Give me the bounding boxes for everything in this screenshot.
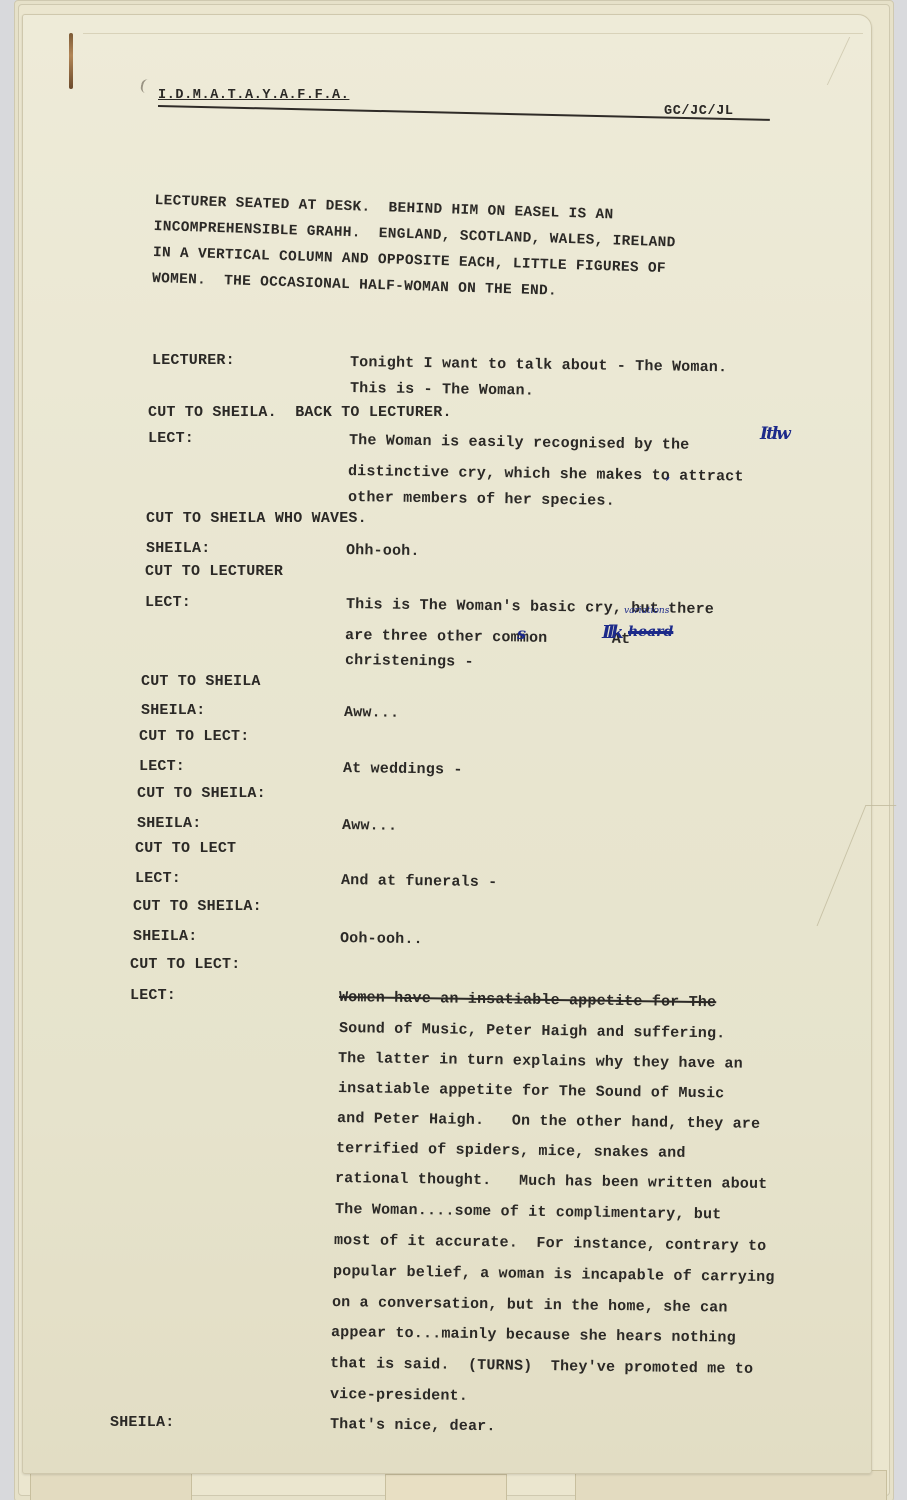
speaker-cue: SHEILA: bbox=[137, 815, 201, 832]
speaker-cue: CUT TO LECT bbox=[135, 840, 236, 857]
dialogue-line: At weddings - bbox=[343, 760, 463, 779]
speaker-cue: LECT: bbox=[145, 594, 191, 611]
dialogue-line: christenings - bbox=[345, 652, 474, 671]
speaker-cue: CUT TO SHEILA WHO WAVES. bbox=[146, 510, 367, 527]
speaker-cue: SHEILA: bbox=[110, 1414, 174, 1431]
speaker-cue: CUT TO LECT: bbox=[130, 956, 240, 973]
struck-word: heard bbox=[628, 624, 673, 640]
paper-edge bbox=[575, 1470, 887, 1500]
handwritten-scribble: Itlw bbox=[760, 424, 789, 444]
speaker-cue: LECT: bbox=[135, 870, 181, 887]
speaker-cue: LECT: bbox=[148, 430, 194, 447]
speaker-cue: CUT TO LECT: bbox=[139, 728, 249, 745]
speaker-cue: CUT TO SHEILA bbox=[141, 673, 261, 690]
speaker-cue: SHEILA: bbox=[133, 928, 197, 945]
speaker-cue: LECT: bbox=[130, 987, 176, 1004]
dialogue-line: Ooh-ooh.. bbox=[340, 930, 423, 948]
dialogue-line: Aww... bbox=[344, 704, 399, 722]
handwritten-scribble: Ilk bbox=[602, 622, 621, 643]
dialogue-line: This is - The Woman. bbox=[350, 380, 534, 400]
handwritten-insertion: variations bbox=[624, 606, 669, 616]
stage-direction: LECTURER SEATED AT DESK. BEHIND HIM ON E… bbox=[152, 188, 795, 312]
pencil-mark bbox=[140, 78, 151, 93]
page-crease bbox=[83, 25, 863, 34]
speaker-cue: CUT TO SHEILA: bbox=[137, 785, 266, 802]
speaker-cue: SHEILA: bbox=[141, 702, 205, 719]
speaker-cue: SHEILA: bbox=[146, 540, 210, 557]
staple-mark bbox=[69, 33, 73, 89]
speaker-cue: LECT: bbox=[139, 758, 185, 775]
paper-edge bbox=[385, 1474, 507, 1500]
script-title: I.D.M.A.T.A.Y.A.F.F.A. bbox=[158, 88, 349, 103]
dialogue-line: That's nice, dear. bbox=[330, 1416, 496, 1435]
dialogue-line: Aww... bbox=[342, 817, 397, 835]
speaker-cue: CUT TO SHEILA. BACK TO LECTURER. bbox=[148, 404, 452, 421]
speaker-cue: CUT TO LECTURER bbox=[145, 563, 283, 580]
speaker-cue: LECTURER: bbox=[152, 352, 235, 369]
speaker-cue: CUT TO SHEILA: bbox=[133, 898, 262, 915]
handwritten-plural-mark: s bbox=[517, 624, 526, 643]
dialogue-line: Ohh-ooh. bbox=[346, 542, 420, 560]
handwritten-comma: , bbox=[666, 468, 670, 482]
paper-edge bbox=[30, 1470, 192, 1500]
page-corner-fold bbox=[827, 37, 876, 85]
author-initials: GC/JC/JL bbox=[664, 104, 734, 119]
dialogue-line: vice-president. bbox=[330, 1386, 468, 1405]
dialogue-line: And at funerals - bbox=[341, 872, 498, 891]
